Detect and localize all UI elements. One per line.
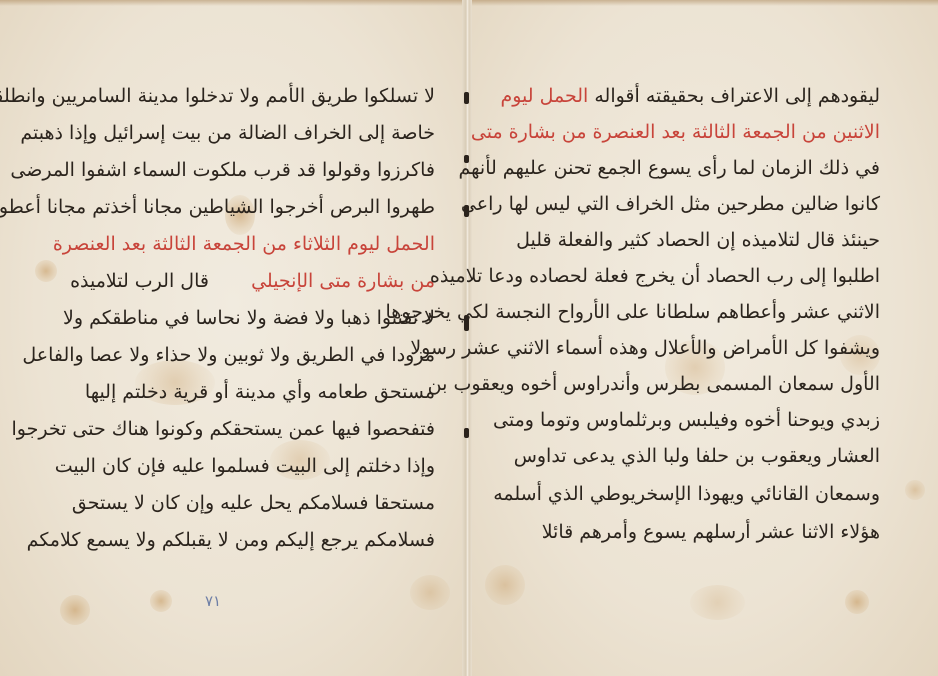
text-line: كانوا ضالين مطرحين مثل الخراف التي ليس ل… [461,190,880,218]
text-line: طهروا البرص أخرجوا الشياطين مجانا أخذتم … [0,193,435,221]
foxing-stain [905,480,925,500]
mixed-rubric-line: ليقودهم إلى الاعتراف بحقيقته أقواله الحم… [500,82,880,110]
text-line: فتفحصوا فيها عمن يستحقكم وكونوا هناك حتى… [12,415,435,443]
rubric-line: الحمل ليوم الثلاثاء من الجمعة الثالثة بع… [53,230,435,258]
text-line: وإذا دخلتم إلى البيت فسلموا عليه فإن كان… [55,452,435,480]
foxing-stain [485,565,525,605]
text-line: فسلامكم يرجع إليكم ومن لا يقبلكم ولا يسم… [27,526,435,554]
text-line: ويشفوا كل الأمراض والأعلال وهذه أسماء ال… [410,334,880,362]
body-text: قال الرب لتلاميذه [70,270,209,292]
foxing-stain [35,260,57,282]
rubric-line: الاثنين من الجمعة الثالثة بعد العنصرة من… [471,118,880,146]
foxing-stain [150,590,172,612]
foxing-stain [60,595,90,625]
folio-number: ٧١ [205,592,221,610]
body-text: ليقودهم إلى الاعتراف بحقيقته أقواله [594,85,880,107]
rubric-text: من بشارة متى الإنجيلي [251,270,435,292]
text-line: زبدي ويوحنا أخوه وفيلبس وبرثلماوس وتوما … [493,406,880,434]
text-line: وسمعان القانائي ويهوذا الإسخريوطي الذي أ… [493,480,880,508]
text-line: الاثني عشر وأعطاهم سلطانا على الأرواح ال… [386,298,881,326]
right-page-text: ليقودهم إلى الاعتراف بحقيقته أقواله الحم… [530,82,880,602]
text-line: العشار ويعقوب بن حلفا ولبا الذي يدعى تدا… [514,442,880,470]
text-line: فاكرزوا وقولوا قد قرب ملكوت السماء اشفوا… [10,156,435,184]
text-line: خاصة إلى الخراف الضالة من بيت إسرائيل وإ… [20,119,435,147]
text-line: هؤلاء الاثنا عشر أرسلهم يسوع وأمرهم قائل… [542,518,880,546]
text-line: مزودا في الطريق ولا ثوبين ولا حذاء ولا ع… [22,341,435,369]
manuscript-spread: لا تسلكوا طريق الأمم ولا تدخلوا مدينة ال… [0,0,938,676]
binding-stitch [464,428,469,438]
binding-stitch [464,92,469,104]
text-line: مستحق طعامه وأي مدينة أو قرية دخلتم إليه… [85,378,435,406]
text-line: لا تسلكوا طريق الأمم ولا تدخلوا مدينة ال… [0,82,435,110]
text-line: لا تقتنوا ذهبا ولا فضة ولا نحاسا في مناط… [63,304,435,332]
left-page-text: لا تسلكوا طريق الأمم ولا تدخلوا مدينة ال… [85,82,435,582]
mixed-rubric-line: من بشارة متى الإنجيلي قال الرب لتلاميذه [70,267,435,295]
text-line: اطلبوا إلى رب الحصاد أن يخرج فعلة لحصاده… [430,262,880,290]
text-line: حينئذ قال لتلاميذه إن الحصاد كثير والفعل… [516,226,880,254]
rubric-text: الحمل ليوم [500,85,588,107]
text-line: في ذلك الزمان لما رأى يسوع الجمع تحنن عل… [459,154,881,182]
text-line: مستحقا فسلامكم يحل عليه وإن كان لا يستحق [72,489,435,517]
text-line: الأول سمعان المسمى بطرس وأندراوس أخوه وي… [428,370,880,398]
